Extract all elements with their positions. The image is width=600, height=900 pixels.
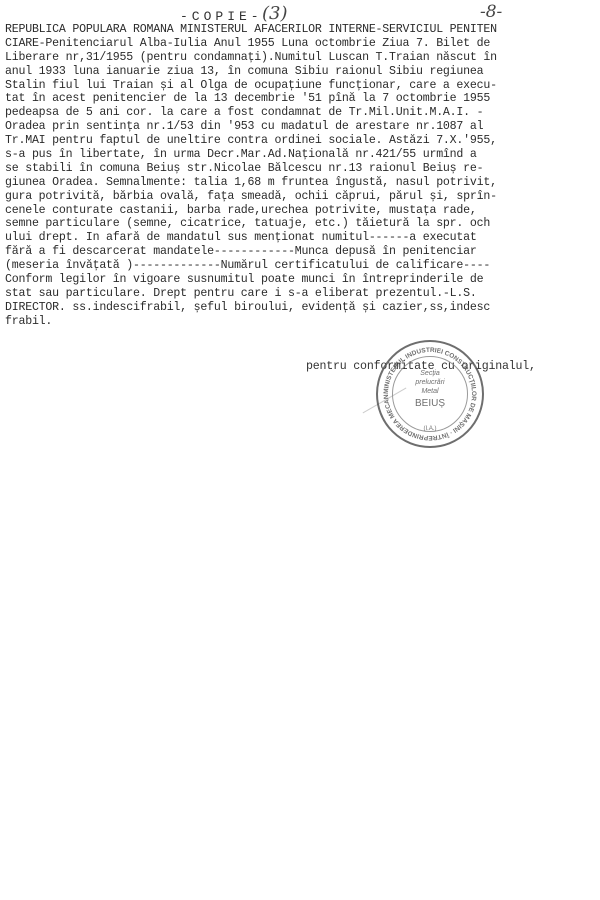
document-line: stat sau particulare. Drept pentru care …	[5, 287, 600, 301]
stamp-line-1: Secția	[378, 370, 482, 377]
document-body: REPUBLICA POPULARA ROMANA MINISTERUL AFA…	[5, 23, 600, 329]
document-heading: -COPIE-	[180, 9, 263, 24]
document-line: (meseria învățată )-------------Numărul …	[5, 259, 600, 273]
document-line: fără a fi descarcerat mandatele---------…	[5, 245, 600, 259]
document-page: -COPIE- (3) -8- REPUBLICA POPULARA ROMAN…	[0, 0, 600, 900]
document-line: anul 1933 luna ianuarie ziua 13, în comu…	[5, 65, 600, 79]
document-line: Stalin fiul lui Traian și al Olga de ocu…	[5, 79, 600, 93]
stamp-bottom-text: (I.A.)	[378, 426, 482, 432]
document-line: Tr.MAI pentru faptul de uneltire contra …	[5, 134, 600, 148]
stamp-line-2: prelucrări	[378, 379, 482, 386]
document-line: gura potrivită, bărbia ovală, fața smead…	[5, 190, 600, 204]
document-line: tat în acest penitencier de la 13 decemb…	[5, 92, 600, 106]
document-line: Liberare nr,31/1955 (pentru condamnați).…	[5, 51, 600, 65]
document-line: REPUBLICA POPULARA ROMANA MINISTERUL AFA…	[5, 23, 600, 37]
handwritten-page-number: (3)	[262, 3, 288, 24]
document-line: semne particulare (semne, cicatrice, tat…	[5, 217, 600, 231]
stamp-line-4: BEIUȘ	[378, 398, 482, 409]
document-line: DIRECTOR. ss.indescifrabil, șeful biroul…	[5, 301, 600, 315]
stamp-line-3: Metal	[378, 388, 482, 395]
document-line: s-a pus în libertate, în urma Decr.Mar.A…	[5, 148, 600, 162]
document-line: Conform legilor în vigoare susnumitul po…	[5, 273, 600, 287]
document-line: CIARE-Penitenciarul Alba-Iulia Anul 1955…	[5, 37, 600, 51]
document-line: Oradea prin sentința nr.1/53 din '953 cu…	[5, 120, 600, 134]
document-line: frabil.	[5, 315, 600, 329]
document-line: giunea Oradea. Semnalmente: talia 1,68 m…	[5, 176, 600, 190]
document-line: pedeapsa de 5 ani cor. la care a fost co…	[5, 106, 600, 120]
document-line: se stabili în comuna Beiuș str.Nicolae B…	[5, 162, 600, 176]
handwritten-folio-number: -8-	[480, 2, 502, 22]
document-line: ului drept. In afară de mandatul sus men…	[5, 231, 600, 245]
official-stamp: MINISTERUL INDUSTRIEI CONSTRUCȚIILOR DE …	[376, 340, 484, 448]
document-line: cenele conturate castanii, barba rade,ur…	[5, 204, 600, 218]
